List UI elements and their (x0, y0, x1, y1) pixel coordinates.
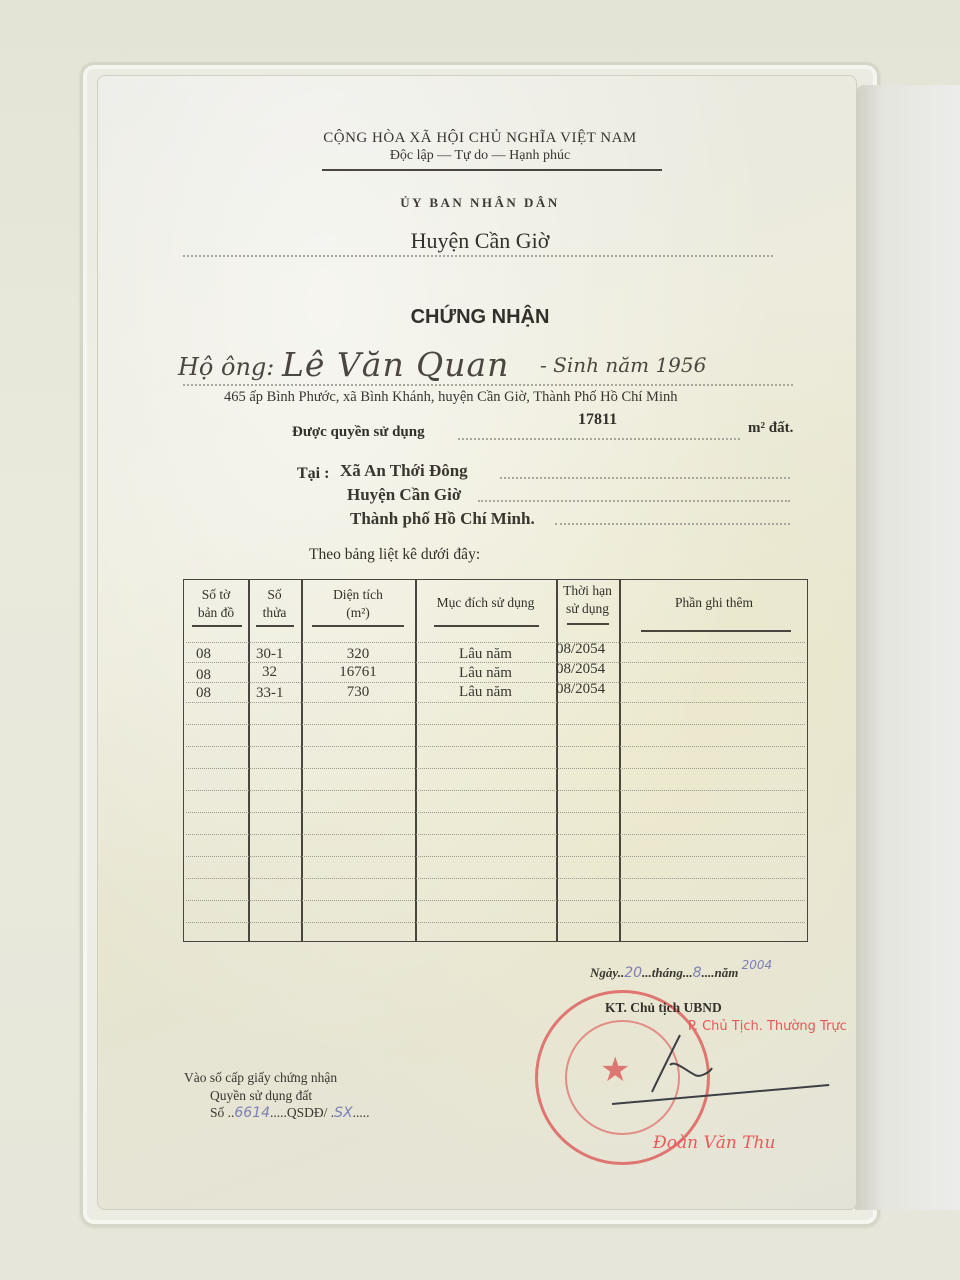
parcel-table: Số tờ bản đồ Số thửa Diện tích (m²) Mục … (183, 579, 808, 942)
area-unit: m² đất. (748, 420, 793, 437)
dots: ... (683, 965, 693, 980)
row-dotline (186, 878, 805, 879)
dots: ..... (270, 1105, 287, 1120)
header-text: Số tờ (184, 586, 248, 604)
header-text: thửa (248, 604, 301, 622)
registration-number: Số ..6614.....QSDĐ/ .SX..... (210, 1105, 370, 1121)
cell-term: 08/2054 (556, 681, 605, 698)
row-dotline (186, 682, 805, 683)
holder-prefix: Hộ ông: (178, 353, 274, 381)
row-dotline (186, 812, 805, 813)
area-dotline (458, 438, 740, 440)
signature-scribble (640, 1030, 720, 1100)
area-value: 17811 (578, 411, 617, 429)
location-dotline-1 (500, 477, 790, 479)
row-dotline (186, 768, 805, 769)
location-district: Huyện Cần Giờ (347, 485, 461, 505)
location-city: Thành phố Hồ Chí Minh. (350, 509, 535, 529)
row-dotline (186, 834, 805, 835)
on-behalf-label: KT. Chủ tịch UBND (605, 1000, 722, 1016)
dots: ..... (353, 1105, 370, 1120)
header-underline (434, 625, 539, 627)
header-text: Phần ghi thêm (619, 594, 809, 612)
header-underline (641, 630, 791, 632)
header-notes: Phần ghi thêm (619, 594, 809, 612)
number-label: Số (210, 1105, 224, 1120)
cell-area: 730 (301, 684, 415, 701)
motto: Độc lập — Tự do — Hạnh phúc (0, 148, 960, 164)
row-dotline (186, 790, 805, 791)
day-label: Ngày (590, 965, 618, 980)
header-text: Số (248, 586, 301, 604)
row-dotline (186, 922, 805, 923)
day-value: 20 (624, 965, 642, 981)
header-divider (322, 169, 662, 171)
cell-term: 08/2054 (556, 641, 605, 658)
holder-name: Lê Văn Quan (282, 345, 509, 384)
holder-birth-year: - Sinh năm 1956 (540, 353, 706, 377)
column-divider (248, 580, 250, 941)
dots: .... (702, 965, 715, 980)
authority-label: ỦY BAN NHÂN DÂN (0, 195, 960, 211)
holder-dotline (183, 384, 793, 386)
number-value: 6614 (234, 1105, 270, 1121)
issue-date: Ngày..20...tháng...8....năm 2004 (590, 965, 772, 981)
district-name: Huyện Cần Giờ (0, 228, 960, 254)
header-purpose: Mục đích sử dụng (415, 594, 556, 612)
location-label: Tại : (297, 465, 329, 483)
header-text: Diện tích (301, 586, 415, 604)
certificate-title: CHỨNG NHẬN (0, 306, 960, 329)
cell-parcel: 33-1 (256, 685, 284, 702)
book-value: SX (334, 1105, 352, 1121)
column-divider (415, 580, 417, 941)
column-divider (556, 580, 558, 941)
cell-map-sheet: 08 (196, 685, 211, 702)
cell-area: 320 (301, 646, 415, 663)
cell-area: 16761 (301, 664, 415, 681)
cell-parcel: 32 (262, 664, 277, 681)
cell-parcel: 30-1 (256, 646, 284, 663)
district-dotline (183, 255, 773, 257)
row-dotline (186, 746, 805, 747)
holder-address: 465 ấp Bình Phước, xã Bình Khánh, huyện … (224, 389, 677, 406)
header-underline (256, 625, 294, 627)
row-dotline (186, 642, 805, 643)
dots: ... (642, 965, 652, 980)
header-term: Thời hạn sử dụng (556, 582, 619, 618)
header-text: bản đồ (184, 604, 248, 622)
year-label: năm (715, 965, 739, 980)
registration-line-2: Quyền sử dụng đất (210, 1088, 312, 1104)
year-value: 2004 (742, 958, 773, 972)
cell-purpose: Lâu năm (415, 665, 556, 682)
location-dotline-3 (555, 523, 790, 525)
cell-purpose: Lâu năm (415, 684, 556, 701)
cell-map-sheet: 08 (196, 646, 211, 663)
row-dotline (186, 724, 805, 725)
table-intro: Theo bảng liệt kê dưới đây: (309, 546, 480, 564)
country-heading: CỘNG HÒA XÃ HỘI CHỦ NGHĨA VIỆT NAM (0, 130, 960, 147)
header-text: (m²) (301, 604, 415, 622)
column-divider (301, 580, 303, 941)
row-dotline (186, 900, 805, 901)
signer-name: Đoàn Văn Thu (653, 1133, 775, 1153)
month-value: 8 (693, 965, 702, 981)
header-map-sheet: Số tờ bản đồ (184, 586, 248, 622)
header-underline (192, 625, 242, 627)
column-divider (619, 580, 621, 941)
cell-term: 08/2054 (556, 661, 605, 678)
month-label: tháng (652, 965, 683, 980)
header-area: Diện tích (m²) (301, 586, 415, 622)
row-dotline (186, 702, 805, 703)
header-underline (567, 623, 609, 625)
header-text: sử dụng (556, 600, 619, 618)
header-text: Mục đích sử dụng (415, 594, 556, 612)
dots: .. (224, 1105, 234, 1120)
book-label: QSDĐ/ (287, 1105, 328, 1120)
location-commune: Xã An Thới Đông (340, 461, 468, 481)
header-parcel: Số thửa (248, 586, 301, 622)
area-label: Được quyền sử dụng (292, 424, 425, 441)
cell-map-sheet: 08 (196, 667, 211, 684)
registration-line-1: Vào số cấp giấy chứng nhận (184, 1070, 337, 1086)
header-underline (312, 625, 404, 627)
seal-star-icon: ★ (600, 1050, 630, 1090)
cell-purpose: Lâu năm (415, 646, 556, 663)
header-text: Thời hạn (556, 582, 619, 600)
location-dotline-2 (478, 500, 790, 502)
row-dotline (186, 856, 805, 857)
